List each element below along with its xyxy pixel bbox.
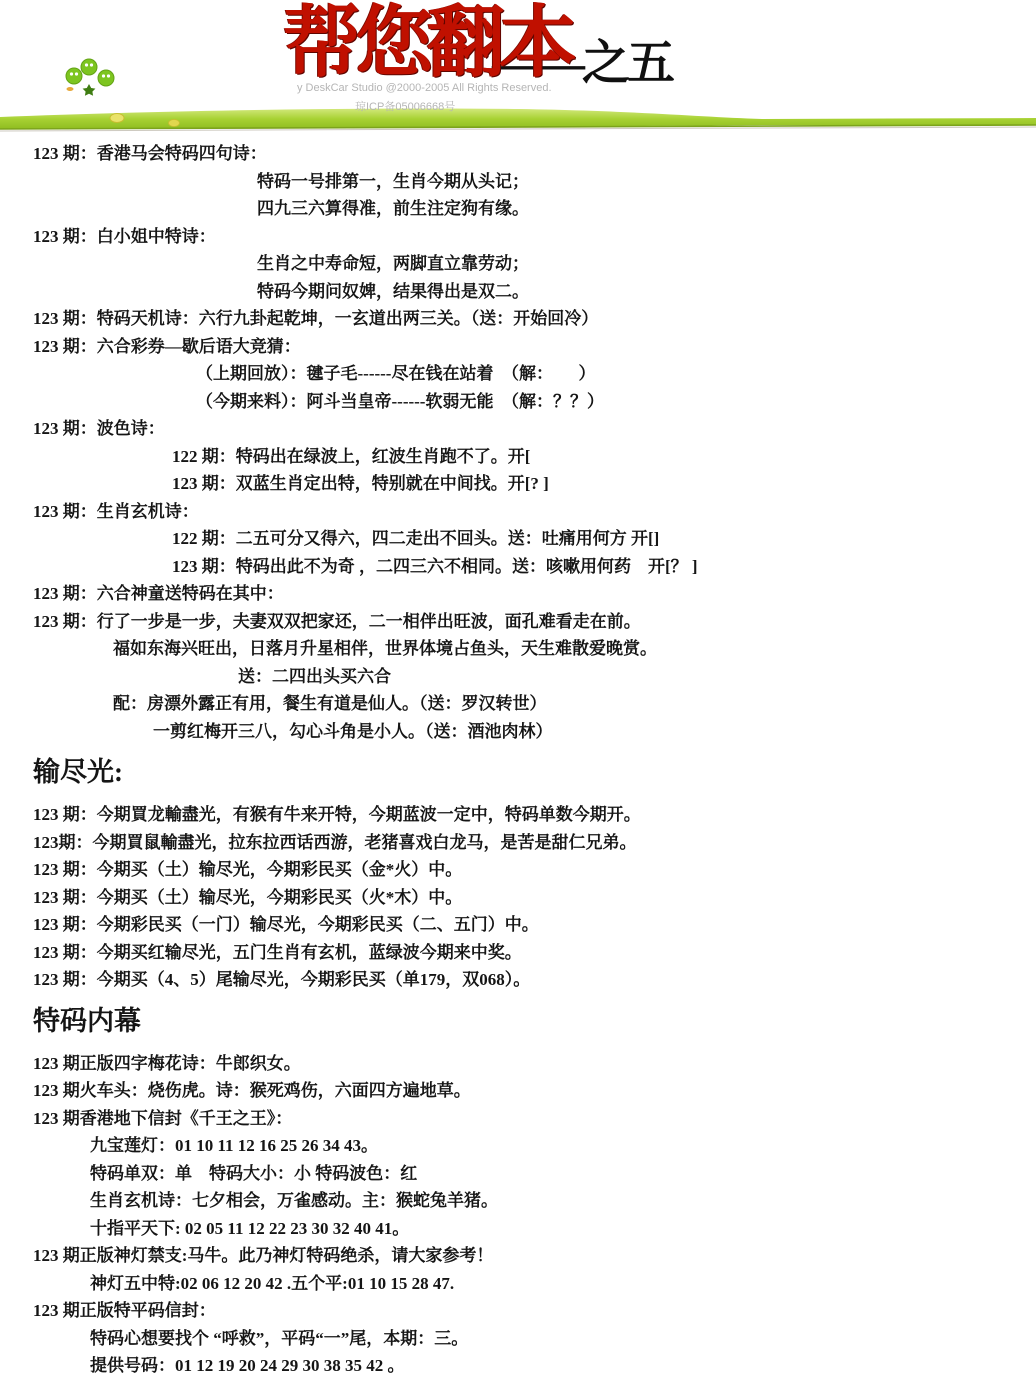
text-line: 123 期：六合神童送特码在其中： bbox=[33, 580, 1036, 608]
text-line: 九宝莲灯：01 10 11 12 16 25 26 34 43。 bbox=[90, 1132, 1036, 1160]
text-line: 送：二四出头买六合 bbox=[238, 663, 1036, 691]
text-line: 生肖玄机诗：七夕相会，万雀感动。主：猴蛇兔羊猪。 bbox=[90, 1187, 1036, 1215]
text-line: 123 期：今期买（土）输尽光，今期彩民买（金*火）中。 bbox=[33, 856, 1036, 884]
green-banner bbox=[0, 104, 1036, 134]
text-line: 122 期：特码出在绿波上，红波生肖跑不了。开[ bbox=[172, 443, 1036, 471]
text-line: 123 期：今期买（土）输尽光，今期彩民买（火*木）中。 bbox=[33, 884, 1036, 912]
text-line: 123 期：生肖玄机诗： bbox=[33, 498, 1036, 526]
text-line: 生肖之中寿命短，两脚直立靠劳动； bbox=[257, 250, 1036, 278]
text-line: 123 期：波色诗： bbox=[33, 415, 1036, 443]
text-line: 神灯五中特:02 06 12 20 42 .五个平:01 10 15 28 47… bbox=[90, 1270, 1036, 1298]
text-line: 123 期正版特平码信封： bbox=[33, 1297, 1036, 1325]
text-line: 123期：今期買鼠輸盡光，拉东拉西话西游，老猪喜戏白龙马，是苦是甜仁兄弟。 bbox=[33, 829, 1036, 857]
text-line: 123 期：六合彩券—歇后语大竞猜： bbox=[33, 333, 1036, 361]
text-line: 四九三六算得准，前生注定狗有缘。 bbox=[257, 195, 1036, 223]
text-line: 特码单双：单 特码大小：小 特码波色：红 bbox=[90, 1160, 1036, 1188]
text-line: 特码今期问奴婢，结果得出是双二。 bbox=[257, 278, 1036, 306]
text-line: 福如东海兴旺出，日落月升星相伴，世界体境占鱼头，天生难散爱晚赏。 bbox=[113, 635, 1036, 663]
text-line: 123 期：今期买红输尽光，五门生肖有玄机，蓝绿波今期来中奖。 bbox=[33, 939, 1036, 967]
page-title: 帮您翻本 bbox=[283, 2, 571, 84]
text-line: 123 期正版神灯禁支:马牛。此乃神灯特码绝杀，请大家参考！ bbox=[33, 1242, 1036, 1270]
text-line: 123 期香港地下信封《千王之王》： bbox=[33, 1105, 1036, 1133]
text-line: 123 期：香港马会特码四句诗： bbox=[33, 140, 1036, 168]
text-line: 提供号码：01 12 19 20 24 29 30 38 35 42 。 bbox=[90, 1352, 1036, 1380]
text-line: 123 期：特码出此不为奇 ，二四三六不相同。送：咳嗽用何药 开[？ ] bbox=[172, 553, 1036, 581]
section-heading: 特码内幕 bbox=[33, 1006, 1036, 1037]
text-line: 十指平天下: 02 05 11 12 22 23 30 32 40 41。 bbox=[90, 1215, 1036, 1243]
text-line: 123 期：特码天机诗：六行九卦起乾坤，一玄道出两三关。（送：开始回冷） bbox=[33, 305, 1036, 333]
text-line: 一剪红梅开三八，勾心斗角是小人。（送：酒池肉林） bbox=[153, 718, 1036, 746]
header: 帮您翻本 ——之五 y DeskCar Studio @2000-2005 Al… bbox=[0, 0, 1036, 138]
text-line: 123 期：今期彩民买（一门）输尽光，今期彩民买（二、五门）中。 bbox=[33, 911, 1036, 939]
text-line: 特码一号排第一，生肖今期从头记； bbox=[257, 168, 1036, 196]
text-line: 123 期正版四字梅花诗：牛郎织女。 bbox=[33, 1050, 1036, 1078]
content-lines: 123 期：香港马会特码四句诗：特码一号排第一，生肖今期从头记；四九三六算得准，… bbox=[0, 138, 1036, 1380]
text-line: 123 期：白小姐中特诗： bbox=[33, 223, 1036, 251]
text-line: 123 期火车头：烧伤虎。诗：猴死鸡伤，六面四方遍地草。 bbox=[33, 1077, 1036, 1105]
text-line: 123 期：今期买（4、5）尾输尽光，今期彩民买（单179，双068）。 bbox=[33, 966, 1036, 994]
text-line: （上期回放）：毽子毛------尽在钱在站着 （解： ） bbox=[196, 360, 1036, 388]
text-line: 122 期：二五可分又得六，四二走出不回头。送：吐痛用何方 开[] bbox=[172, 525, 1036, 553]
text-line: （今期来料）：阿斗当皇帝------软弱无能 （解：？？） bbox=[196, 388, 1036, 416]
text-line: 123 期：双蓝生肖定出特，特别就在中间找。开[? ] bbox=[172, 470, 1036, 498]
text-line: 特码心想要找个 “呼救”，平码“一”尾，本期：三。 bbox=[90, 1325, 1036, 1353]
three-green-faces-icon bbox=[62, 56, 120, 98]
page: 帮您翻本 ——之五 y DeskCar Studio @2000-2005 Al… bbox=[0, 0, 1036, 1386]
text-line: 123 期：今期買龙輸盡光，有猴有牛来开特，今期蓝波一定中，特码单数今期开。 bbox=[33, 801, 1036, 829]
text-line: 123 期：行了一步是一步，夫妻双双把家还，二一相伴出旺波，面孔难看走在前。 bbox=[33, 608, 1036, 636]
icp-text: 琼ICP备05006668号 bbox=[355, 98, 455, 114]
text-line: 配：房漂外露正有用，餐生有道是仙人。（送：罗汉转世） bbox=[113, 690, 1036, 718]
section-heading: 输尽光: bbox=[33, 757, 1036, 788]
